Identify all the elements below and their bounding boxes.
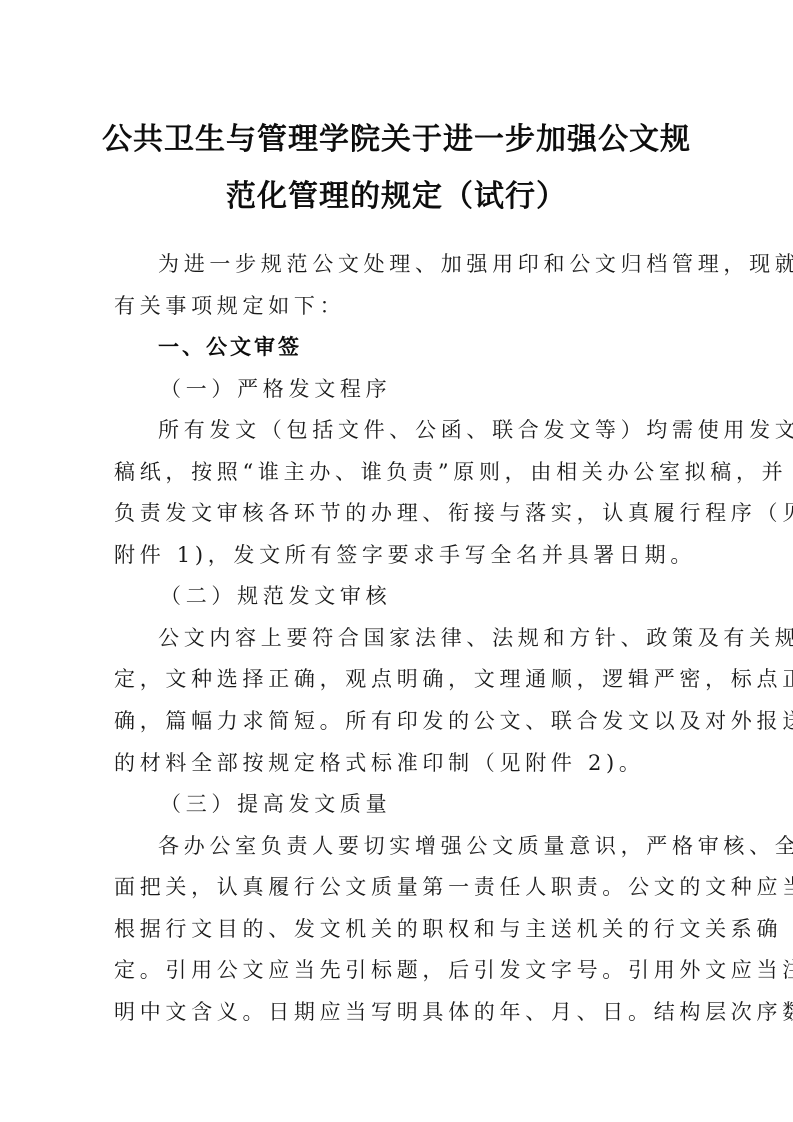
paragraph-line: 确，篇幅力求简短。所有印发的公文、联合发文以及对外报送 bbox=[114, 701, 684, 743]
paragraph-line: 定，文种选择正确，观点明确，文理通顺，逻辑严密，标点正 bbox=[114, 659, 684, 701]
paragraph-line: 所有发文（包括文件、公函、联合发文等）均需使用发文 bbox=[114, 410, 684, 452]
paragraph-line: 负责发文审核各环节的办理、衔接与落实，认真履行程序（见 bbox=[114, 493, 684, 535]
intro-line-1: 为进一步规范公文处理、加强用印和公文归档管理，现就 bbox=[114, 244, 684, 286]
paragraph-line: 稿纸，按照“谁主办、谁负责”原则，由相关办公室拟稿，并 bbox=[114, 452, 684, 494]
paragraph-line: 明中文含义。日期应当写明具体的年、月、日。结构层次序数， bbox=[114, 992, 684, 1034]
document-title-line-2: 范化管理的规定（试行） bbox=[0, 180, 793, 214]
paragraph-line: 面把关，认真履行公文质量第一责任人职责。公文的文种应当 bbox=[114, 867, 684, 909]
document-title-line-1: 公共卫生与管理学院关于进一步加强公文规 bbox=[0, 123, 793, 157]
document-page: 公共卫生与管理学院关于进一步加强公文规 范化管理的规定（试行） 为进一步规范公文… bbox=[0, 0, 793, 1122]
section-heading-1: 一、公文审签 bbox=[114, 327, 684, 369]
subsection-heading-1: （一）严格发文程序 bbox=[114, 369, 684, 411]
paragraph-line: 公文内容上要符合国家法律、法规和方针、政策及有关规 bbox=[114, 618, 684, 660]
intro-line-2: 有关事项规定如下： bbox=[114, 286, 684, 328]
subsection-heading-3: （三）提高发文质量 bbox=[114, 784, 684, 826]
subsection-heading-2: （二）规范发文审核 bbox=[114, 576, 684, 618]
paragraph-line: 的材料全部按规定格式标准印制（见附件 2)。 bbox=[114, 743, 684, 785]
paragraph-line: 定。引用公文应当先引标题，后引发文字号。引用外文应当注 bbox=[114, 950, 684, 992]
paragraph-line: 各办公室负责人要切实增强公文质量意识，严格审核、全 bbox=[114, 826, 684, 868]
paragraph-line: 根据行文目的、发文机关的职权和与主送机关的行文关系确 bbox=[114, 909, 684, 951]
document-body: 为进一步规范公文处理、加强用印和公文归档管理，现就 有关事项规定如下： 一、公文… bbox=[114, 244, 684, 1033]
paragraph-line: 附件 1)，发文所有签字要求手写全名并具署日期。 bbox=[114, 535, 684, 577]
